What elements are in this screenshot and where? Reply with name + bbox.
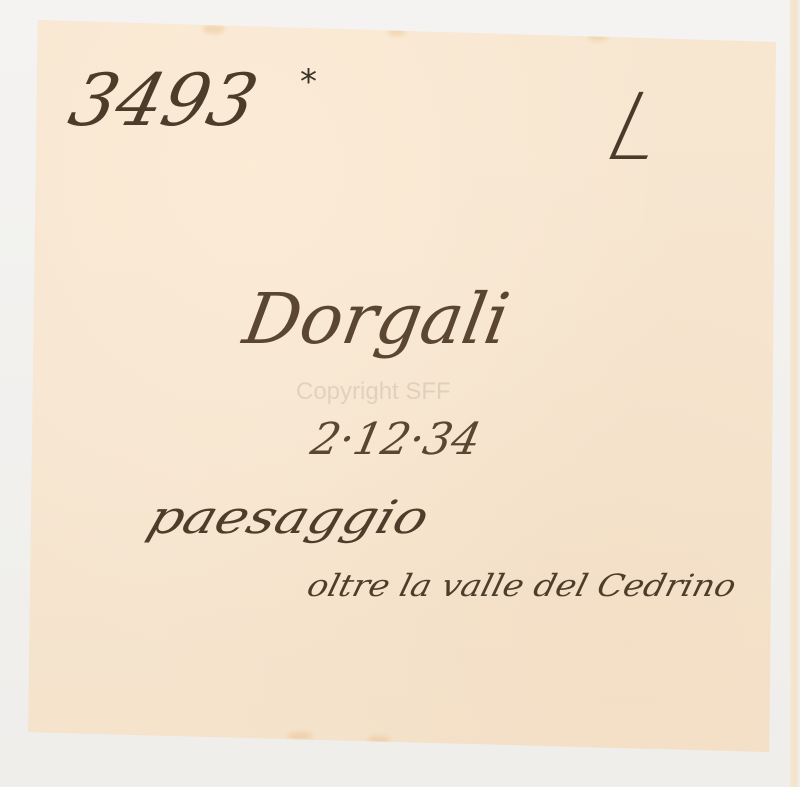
place-name: Dorgali [238,278,516,360]
copyright-watermark: Copyright SFF [296,378,451,406]
foxing-stain [588,32,608,41]
star-mark-icon: * [300,62,317,102]
foxing-stain [203,24,225,34]
photo-scene: 3493 * L Dorgali Copyright SFF 2·12·34 p… [0,0,800,787]
catalog-number: 3493 [62,58,266,142]
subject-text: paesaggio [141,491,436,545]
note-text: oltre la valle del Cedrino [304,568,740,604]
adjacent-card-edge [790,0,800,787]
date-text: 2·12·34 [307,414,486,465]
foxing-stain [288,732,312,740]
foxing-stain [368,736,390,744]
foxing-stain [388,28,406,36]
